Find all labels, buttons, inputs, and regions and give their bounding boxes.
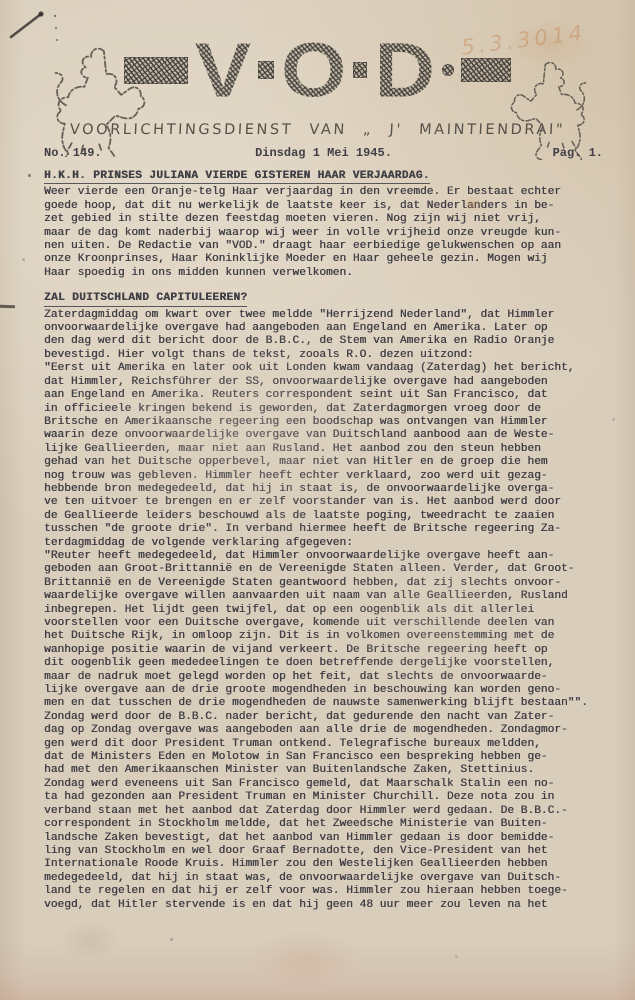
text-line: het Duitsche Rijk, in omloop zijn. Dit i… xyxy=(44,630,602,643)
logo-letter-d: D xyxy=(374,37,435,103)
logo-dot xyxy=(353,62,367,78)
article-heading: H.K.H. PRINSES JULIANA VIERDE GISTEREN H… xyxy=(44,170,430,184)
article-body: Zaterdagmiddag om kwart over twee meldde… xyxy=(44,309,602,912)
text-line: Haar spoedig in ons midden kunnen verwel… xyxy=(44,267,602,280)
paper-stain xyxy=(250,930,360,990)
text-line: dat de Ministers Eden en Molotow in San … xyxy=(44,751,602,764)
text-line: voorstellen voor een Duitsche overgave, … xyxy=(44,617,602,630)
logo-letter-v: V xyxy=(195,37,251,103)
logo-letter-o: O xyxy=(281,37,346,103)
text-line: ling van Stockholm en wel door Graaf Ber… xyxy=(44,845,602,858)
text-line: den dag werd dit bericht door de B.B.C.,… xyxy=(44,335,602,348)
text-line: lijke overgave aan de drie groote mogend… xyxy=(44,684,602,697)
text-line: men en dat tusschen de drie mogendheden … xyxy=(44,697,602,710)
text-line: Internationale Roode Kruis. Himmler zou … xyxy=(44,858,602,871)
page-body: H.K.H. PRINSES JULIANA VIERDE GISTEREN H… xyxy=(44,170,602,924)
article-german-capitulation: ZAL DUITSCHLAND CAPITULEEREN? Zaterdagmi… xyxy=(44,292,602,912)
text-line: in officieele kringen bekend is geworden… xyxy=(44,403,602,416)
ink-speck xyxy=(28,174,31,177)
text-line: verband staan met het aanbod dat Zaterda… xyxy=(44,805,602,818)
ink-speck xyxy=(612,418,615,421)
text-line: terdagmiddag de volgende verklaring afge… xyxy=(44,537,602,550)
newsletter-subtitle: VOORLICHTINGSDIENST VAN „ J' MAINTIENDRA… xyxy=(0,122,635,138)
margin-mark xyxy=(0,305,15,308)
text-line: aan Engeland en Amerika. Reuters corresp… xyxy=(44,389,602,402)
text-line: Brittannië en de Vereenigde Staten geant… xyxy=(44,577,602,590)
text-line: maar de dag komt naderbij waarop wij wee… xyxy=(44,227,602,240)
text-line: ta had gezonden aan President Truman en … xyxy=(44,791,602,804)
text-line: de Geallieerde leiders beschouwd als de … xyxy=(44,510,602,523)
text-line: Zondag werd eveneens uit San Francisco g… xyxy=(44,778,602,791)
text-line: "Reuter heeft medegedeeld, dat Himmler o… xyxy=(44,550,602,563)
ink-speck xyxy=(170,938,173,941)
text-line: waarin deze onvoorwaardelijke overgave v… xyxy=(44,429,602,442)
text-line: dit oogenblik geen mededeelingen te doen… xyxy=(44,657,602,670)
text-line: correspondent in Stockholm meldde, dat h… xyxy=(44,818,602,831)
text-line: nen uiten. De Redactie van "VOD." draagt… xyxy=(44,240,602,253)
text-line: Zondag werd door de B.B.C. nader bericht… xyxy=(44,711,602,724)
text-line: gen werd dit door President Truman ontke… xyxy=(44,738,602,751)
ink-speck xyxy=(22,258,25,261)
text-line: waardelijke overgave willen aanvaarden u… xyxy=(44,590,602,603)
article-juliana-birthday: H.K.H. PRINSES JULIANA VIERDE GISTEREN H… xyxy=(44,170,602,280)
ink-speck xyxy=(455,955,458,958)
text-line: zet gebied in stilte dezen feestdag moet… xyxy=(44,213,602,226)
text-line: maar de nadruk moet gelegd worden op het… xyxy=(44,671,602,684)
paper-stain xyxy=(60,920,120,960)
issue-date: Dinsdag 1 Mei 1945. xyxy=(44,146,603,160)
text-line: nog trouw was gebleven. Himmler heeft ec… xyxy=(44,470,602,483)
text-line: inbegrepen. Het lijdt geen twijfel, dat … xyxy=(44,604,602,617)
text-line: dag op Zondag overgave was aangeboden aa… xyxy=(44,724,602,737)
text-line: geboden aan Groot-Brittannië en de Veree… xyxy=(44,563,602,576)
logo-bar-left xyxy=(124,57,188,84)
logo-bar-right xyxy=(461,58,511,82)
text-line: landsche Zaken bevestigt, dat het aanbod… xyxy=(44,832,602,845)
text-line: Weer vierde een Oranje-telg Haar verjaar… xyxy=(44,186,602,199)
text-line: medegedeeld, dat hij in staat was, de on… xyxy=(44,872,602,885)
newsletter-page: V O D 5.3.3014 VOORLICHTINGSDIENST VAN „… xyxy=(0,0,635,1000)
article-heading: ZAL DUITSCHLAND CAPITULEEREN? xyxy=(44,292,247,306)
text-line: hebbende bron medegedeeld, dat hij in st… xyxy=(44,483,602,496)
text-line: dat Himmler, Reichsführer der SS, onvoor… xyxy=(44,376,602,389)
text-line: onze Kroonprinses, Haar Koninklijke Moed… xyxy=(44,253,602,266)
text-line: goede hoop, dat dit nu werkelijk de laat… xyxy=(44,200,602,213)
text-line: lijke Geallieerden, maar niet aan Ruslan… xyxy=(44,443,602,456)
text-line: ve ten uitvoer te brengen en er zelf voo… xyxy=(44,496,602,509)
text-line: voegd, dat Hitler stervende is en dat hi… xyxy=(44,899,602,912)
text-line: wanhopige positie waarin de vijand verke… xyxy=(44,644,602,657)
logo-dot xyxy=(258,61,274,79)
text-line: bevestigd. Hier volgt thans de tekst, zo… xyxy=(44,349,602,362)
text-line: Zaterdagmiddag om kwart over twee meldde… xyxy=(44,309,602,322)
text-line: Britsche en Amerikaansche regeering een … xyxy=(44,416,602,429)
text-line: onvoorwaardelijke overgave had aangebode… xyxy=(44,322,602,335)
text-line: land te regelen en dat hij er zelf voor … xyxy=(44,885,602,898)
text-line: had met den Amerikaanschen Minister van … xyxy=(44,764,602,777)
text-line: gehad van het Duitsche opperbevel, maar … xyxy=(44,456,602,469)
logo-dot xyxy=(442,64,454,76)
text-line: "Eerst uit Amerika en later ook uit Lond… xyxy=(44,362,602,375)
text-line: tusschen "de groote drie". In verband hi… xyxy=(44,523,602,536)
issue-meta-row: No. 149. Dinsdag 1 Mei 1945. Pag. 1. xyxy=(44,146,603,160)
article-body: Weer vierde een Oranje-telg Haar verjaar… xyxy=(44,186,602,280)
